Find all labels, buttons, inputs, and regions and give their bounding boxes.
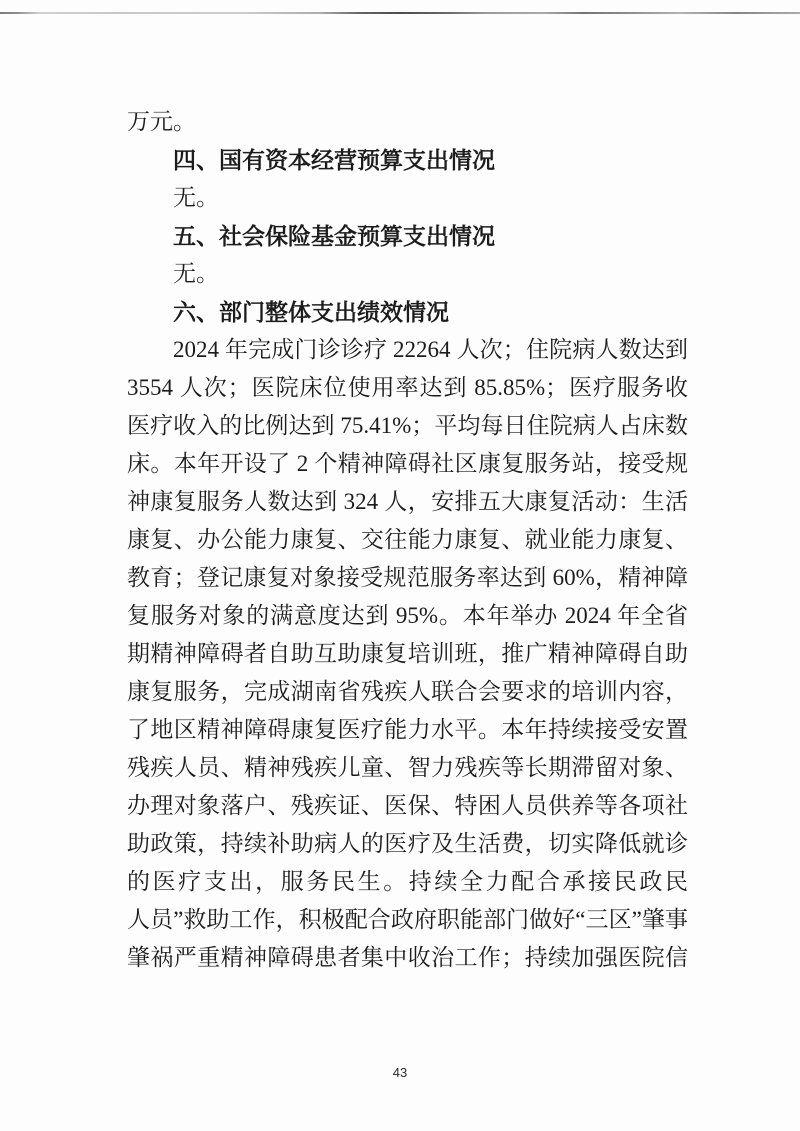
text-line: 复服务对象的满意度达到 95%。本年举办 2024 年全省稳定 (127, 597, 688, 635)
text-line: 神康复服务人数达到 324 人，安排五大康复活动：生活能力 (127, 483, 688, 521)
document-page: 万元。四、国有资本经营预算支出情况无。五、社会保险基金预算支出情况无。六、部门整… (0, 0, 800, 1131)
page-number: 43 (0, 1065, 800, 1080)
text-line: 教育；登记康复对象接受规范服务率达到 60%，精神障碍康 (127, 559, 688, 597)
text-line: 期精神障碍者自助互助康复培训班，推广精神障碍自助互助 (127, 635, 688, 673)
section-heading: 四、国有资本经营预算支出情况 (127, 141, 688, 179)
text-line: 2024 年完成门诊诊疗 22264 人次；住院病人数达到了 (127, 331, 688, 369)
text-line: 残疾人员、精神残疾儿童、智力残疾等长期滞留对象、负责 (127, 749, 688, 787)
text-line: 医疗收入的比例达到 75.41%；平均每日住院病人占床数 861 (127, 407, 688, 445)
text-line: 助政策，持续补助病人的医疗及生活费，切实降低就诊患者 (127, 825, 688, 863)
text-line: 床。本年开设了 2 个精神障碍社区康复服务站，接受规范精 (127, 445, 688, 483)
text-line: 肇祸严重精神障碍患者集中收治工作；持续加强医院信息化 (127, 939, 688, 977)
text-line: 无。 (127, 255, 688, 293)
text-line: 康复、办公能力康复、交往能力康复、就业能力康复、健康 (127, 521, 688, 559)
scan-artifact-line (0, 12, 800, 14)
text-line: 万元。 (127, 103, 688, 141)
text-line: 康复服务，完成湖南省残疾人联合会要求的培训内容，提升 (127, 673, 688, 711)
text-line: 了地区精神障碍康复医疗能力水平。本年持续接受安置精神 (127, 711, 688, 749)
section-heading: 六、部门整体支出绩效情况 (127, 293, 688, 331)
section-heading: 五、社会保险基金预算支出情况 (127, 217, 688, 255)
document-body: 万元。四、国有资本经营预算支出情况无。五、社会保险基金预算支出情况无。六、部门整… (127, 103, 688, 977)
text-line: 的医疗支出，服务民生。持续全力配合承接民政民生“三无 (127, 863, 688, 901)
text-line: 人员”救助工作，积极配合政府职能部门做好“三区”肇事 (127, 901, 688, 939)
text-line: 3554 人次；医院床位使用率达到 85.85%；医疗服务收入占 (127, 369, 688, 407)
text-line: 办理对象落户、残疾证、医保、特困人员供养等各项社会救 (127, 787, 688, 825)
text-line: 无。 (127, 179, 688, 217)
